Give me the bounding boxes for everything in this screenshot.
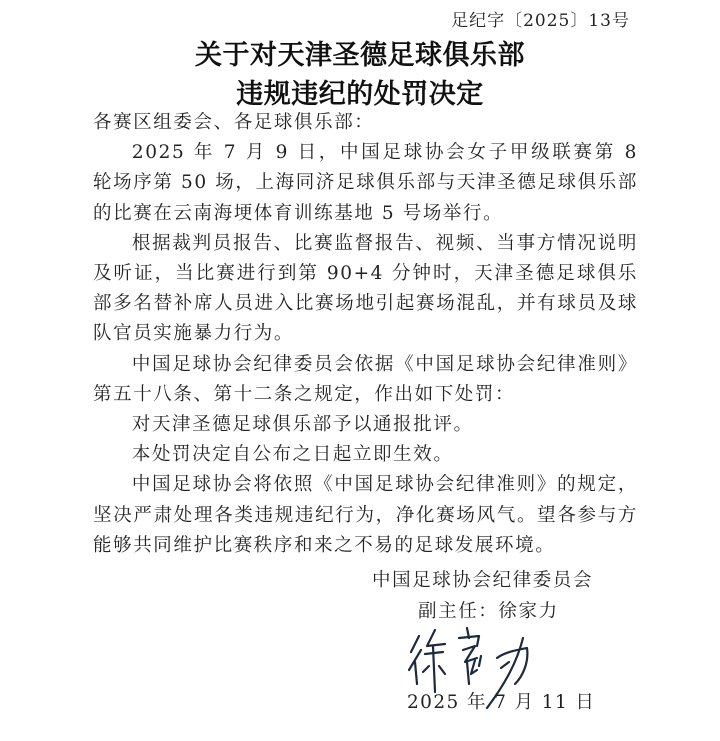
paragraph-findings: 根据裁判员报告、比赛监督报告、视频、当事方情况说明及听证，当比赛进行到第 90+… xyxy=(93,229,638,350)
signing-date: 2025 年 7 月 11 日 xyxy=(407,688,595,714)
document-number: 足纪字〔2025〕13号 xyxy=(451,6,630,31)
paragraph-incident: 2025 年 7 月 9 日，中国足球协会女子甲级联赛第 8 轮场序第 50 场… xyxy=(93,138,638,229)
paragraph-effective: 本处罚决定自公布之日起立即生效。 xyxy=(93,440,638,470)
paragraph-closing: 中国足球协会将依照《中国足球协会纪律准则》的规定，坚决严肃处理各类违规违纪行为，… xyxy=(93,470,638,561)
document-title-line-1: 关于对天津圣德足球俱乐部 xyxy=(0,33,720,72)
signatory-organization: 中国足球协会纪律委员会 xyxy=(372,566,593,592)
document-title-line-2: 违规违纪的处罚决定 xyxy=(0,72,720,111)
salutation: 各赛区组委会、各足球俱乐部： xyxy=(93,108,638,138)
paragraph-penalty: 对天津圣德足球俱乐部予以通报批评。 xyxy=(93,410,638,440)
signatory-title: 副主任：徐家力 xyxy=(418,597,559,623)
paragraph-legal-basis: 中国足球协会纪律委员会依据《中国足球协会纪律准则》第五十八条、第十二条之规定，作… xyxy=(93,350,638,410)
document-body: 各赛区组委会、各足球俱乐部： 2025 年 7 月 9 日，中国足球协会女子甲级… xyxy=(93,108,638,561)
